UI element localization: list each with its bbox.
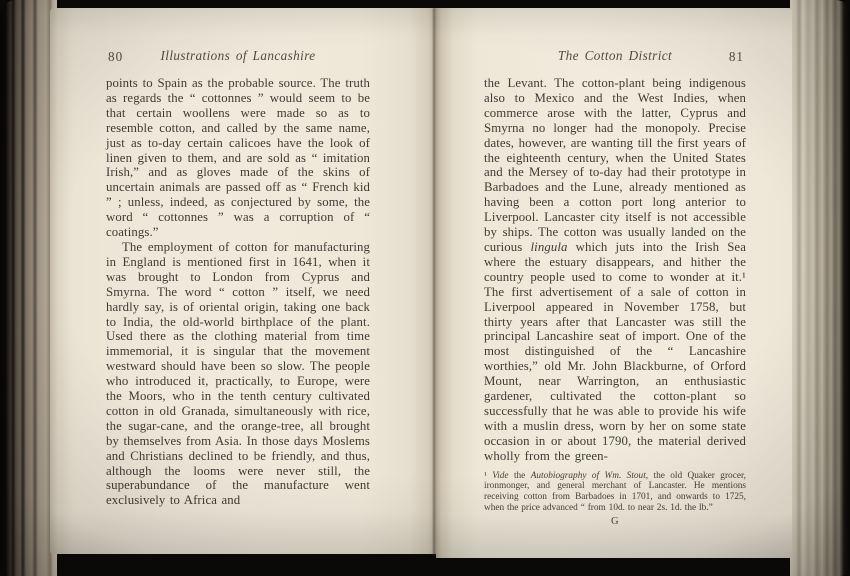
italic-text-run: Autobiography of Wm. Stout <box>531 471 646 481</box>
running-title-left: Illustrations of Lancashire <box>106 48 370 64</box>
page-left-body: points to Spain as the probable source. … <box>106 76 370 508</box>
text-run: The employment of cotton for manufacturi… <box>106 240 370 507</box>
gutter-shadow <box>432 8 436 556</box>
italic-text-run: Vide <box>492 471 508 481</box>
text-run: the <box>509 471 531 481</box>
page-right-body: the Levant. The cotton-plant being indig… <box>484 76 746 464</box>
text-run: the Levant. The cotton-plant being indig… <box>484 76 746 254</box>
signature-mark: G <box>484 516 746 527</box>
paragraph: The employment of cotton for manufacturi… <box>106 240 370 508</box>
page-right-header: The Cotton District 81 <box>484 48 746 74</box>
page-right: The Cotton District 81 the Levant. The c… <box>436 8 792 558</box>
page-stack-edge-right <box>790 0 850 576</box>
running-title-right: The Cotton District <box>484 48 746 64</box>
page-number-right: 81 <box>729 49 744 65</box>
book-photo: 80 Illustrations of Lancashire points to… <box>0 0 850 576</box>
paragraph: the Levant. The cotton-plant being indig… <box>484 76 746 464</box>
page-left-text-column: 80 Illustrations of Lancashire points to… <box>106 48 370 508</box>
paragraph: points to Spain as the probable source. … <box>106 76 370 240</box>
text-run: points to Spain as the probable source. … <box>106 76 370 239</box>
page-number-left: 80 <box>108 49 123 65</box>
page-left: 80 Illustrations of Lancashire points to… <box>50 8 436 554</box>
text-run: which juts into the Irish Sea where the … <box>484 240 746 463</box>
text-run: ¹ <box>484 471 492 481</box>
page-right-text-column: The Cotton District 81 the Levant. The c… <box>484 48 746 527</box>
page-stack-edge-left <box>0 0 57 576</box>
footnote: ¹ Vide the Autobiography of Wm. Stout, t… <box>484 471 746 514</box>
page-left-header: 80 Illustrations of Lancashire <box>106 48 370 74</box>
italic-text-run: lingula <box>531 240 568 254</box>
